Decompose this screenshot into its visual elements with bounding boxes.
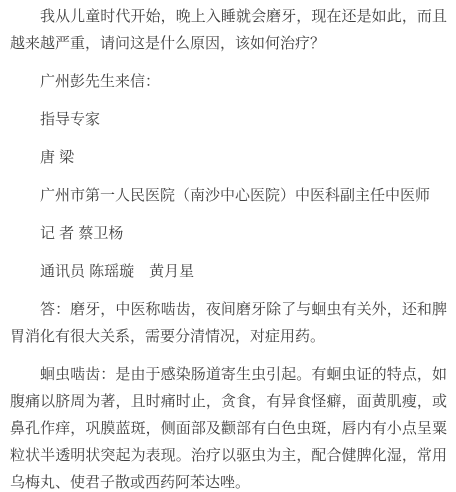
paragraph-reporter: 记 者 蔡卫杨 (10, 220, 447, 247)
paragraph-correspondents: 通讯员 陈瑶璇 黄月星 (10, 258, 447, 285)
paragraph-expert-title: 广州市第一人民医院（南沙中心医院）中医科副主任中医师 (10, 182, 447, 209)
paragraph-expert-name: 唐 梁 (10, 144, 447, 171)
article-page: 我从儿童时代开始，晚上入睡就会磨牙，现在还是如此，而且越来越严重，请问这是什么原… (0, 0, 456, 492)
paragraph-expert-label: 指导专家 (10, 106, 447, 133)
paragraph-reader-question: 我从儿童时代开始，晚上入睡就会磨牙，现在还是如此，而且越来越严重，请问这是什么原… (10, 3, 447, 57)
article-body: 我从儿童时代开始，晚上入睡就会磨牙，现在还是如此，而且越来越严重，请问这是什么原… (10, 3, 447, 492)
paragraph-answer-detail: 蛔虫啮齿：是由于感染肠道寄生虫引起。有蛔虫证的特点，如腹痛以脐周为著，且时痛时止… (10, 361, 447, 492)
paragraph-answer-intro: 答：磨牙，中医称啮齿，夜间磨牙除了与蛔虫有关外，还和脾胃消化有很大关系，需要分清… (10, 296, 447, 350)
paragraph-letter-source: 广州彭先生来信： (10, 68, 447, 95)
